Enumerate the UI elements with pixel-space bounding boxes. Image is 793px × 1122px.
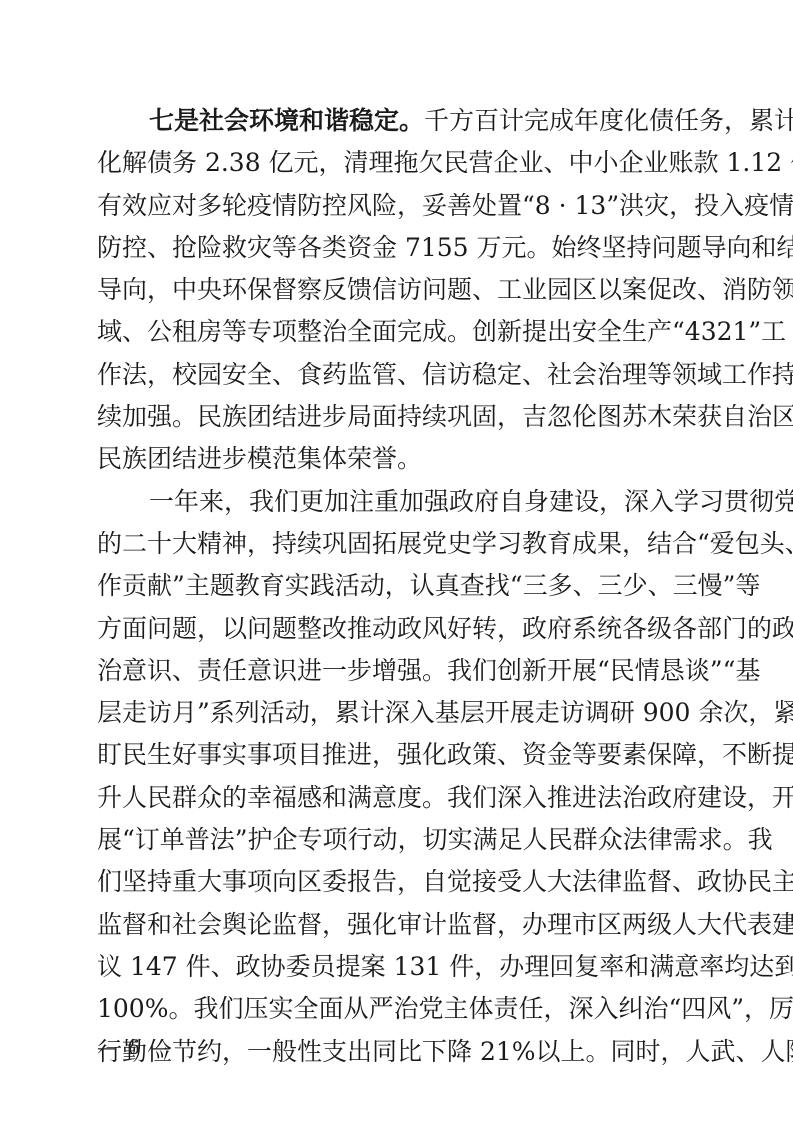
text-line: 作贡献”主题教育实践活动，认真查找“三多、三少、三慢”等: [97, 569, 698, 611]
text-line: 们坚持重大事项向区委报告，自觉接受人大法律监督、政协民主: [97, 865, 698, 907]
text-line: 化解债务 2.38 亿元，清理拖欠民营企业、中小企业账款 1.12 亿元。: [97, 146, 698, 188]
document-page: 七是社会环境和谐稳定。千方百计完成年度化债任务，累计 化解债务 2.38 亿元，…: [0, 0, 793, 1122]
text-line: 行勤俭节约，一般性支出同比下降 21%以上。同时，人武、人防、: [97, 1035, 698, 1077]
text-line: 一年来，我们更加注重加强政府自身建设，深入学习贯彻党: [97, 485, 698, 527]
text-line: 民族团结进步模范集体荣誉。: [97, 442, 698, 484]
text-line: 作法，校园安全、食药监管、信访稳定、社会治理等领域工作持: [97, 358, 698, 400]
document-body: 七是社会环境和谐稳定。千方百计完成年度化债任务，累计 化解债务 2.38 亿元，…: [97, 104, 698, 1077]
text-line: 盯民生好事实事项目推进，强化政策、资金等要素保障，不断提: [97, 738, 698, 780]
section-heading: 七是社会环境和谐稳定。: [149, 106, 424, 135]
text-line: 七是社会环境和谐稳定。千方百计完成年度化债任务，累计: [97, 104, 698, 146]
text-line: 导向，中央环保督察反馈信访问题、工业园区以案促改、消防领: [97, 273, 698, 315]
text-line: 防控、抢险救灾等各类资金 7155 万元。始终坚持问题导向和结果: [97, 231, 698, 273]
text-line: 有效应对多轮疫情防控风险，妥善处置“8 · 13”洪灾，投入疫情: [97, 189, 698, 231]
text-line: 监督和社会舆论监督，强化审计监督，办理市区两级人大代表建: [97, 908, 698, 950]
text-line: 的二十大精神，持续巩固拓展党史学习教育成果，结合“爱包头、: [97, 527, 698, 569]
text-line: 治意识、责任意识进一步增强。我们创新开展“民情恳谈”“基: [97, 654, 698, 696]
text-line: 续加强。民族团结进步局面持续巩固，吉忽伦图苏木荣获自治区: [97, 400, 698, 442]
text-line: 展“订单普法”护企专项行动，切实满足人民群众法律需求。我: [97, 823, 698, 865]
page-number: — 6 —: [97, 1035, 172, 1059]
text-line: 方面问题，以问题整改推动政风好转，政府系统各级各部门的政: [97, 612, 698, 654]
text-line: 升人民群众的幸福感和满意度。我们深入推进法治政府建设，开: [97, 781, 698, 823]
text-line: 100%。我们压实全面从严治党主体责任，深入纠治“四风”，厉: [97, 992, 698, 1034]
text-line: 域、公租房等专项整治全面完成。创新提出安全生产“4321”工: [97, 315, 698, 357]
text-line: 层走访月”系列活动，累计深入基层开展走访调研 900 余次，紧: [97, 696, 698, 738]
text-line: 议 147 件、政协委员提案 131 件，办理回复率和满意率均达到: [97, 950, 698, 992]
